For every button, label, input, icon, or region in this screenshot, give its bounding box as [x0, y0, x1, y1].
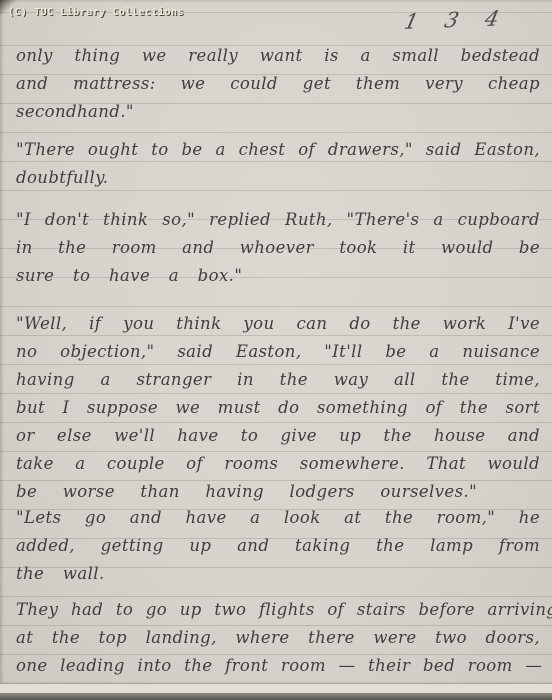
paragraph-2: "There ought to be a chest of drawers," … — [16, 136, 540, 192]
page-number: 1 3 4 — [402, 6, 511, 34]
paragraph-6: They had to go up two flights of stairs … — [16, 596, 540, 680]
manuscript-line: and mattress: we could get them very che… — [16, 70, 540, 98]
manuscript-line: "Lets go and have a look at the room," h… — [16, 504, 540, 532]
manuscript-line: added, getting up and taking the lamp fr… — [16, 532, 540, 560]
manuscript-line: the wall. — [16, 560, 540, 588]
manuscript-line: "There ought to be a chest of drawers," … — [16, 136, 540, 164]
manuscript-line: be worse than having lodgers ourselves." — [16, 478, 477, 506]
manuscript-line: "I don't think so," replied Ruth, "There… — [16, 206, 540, 234]
manuscript-line: They had to go up two flights of stairs … — [16, 596, 540, 624]
paragraph-4: "Well, if you think you can do the work … — [16, 310, 540, 506]
manuscript-line: but I suppose we must do something of th… — [16, 394, 540, 422]
paragraph-1: only thing we really want is a small bed… — [16, 42, 540, 126]
manuscript-line: "Well, if you think you can do the work … — [16, 310, 540, 338]
manuscript-line: at the top landing, where there were two… — [16, 624, 540, 652]
manuscript-line: sure to have a box." — [16, 262, 540, 290]
manuscript-line: take a couple of rooms somewhere. That w… — [16, 450, 540, 478]
paragraph-5: "Lets go and have a look at the room," h… — [16, 504, 540, 588]
manuscript-line: or else we'll have to give up the house … — [16, 422, 540, 450]
paragraph-3: "I don't think so," replied Ruth, "There… — [16, 206, 540, 290]
manuscript-line: no objection," said Easton, "It'll be a … — [16, 338, 540, 366]
page-bottom-edge-dark — [0, 693, 552, 700]
manuscript-line: one leading into the front room — their … — [16, 652, 540, 680]
manuscript-line: having a stranger in the way all the tim… — [16, 366, 540, 394]
manuscript-line: doubtfully. — [16, 164, 540, 192]
page-left-edge — [0, 0, 4, 700]
manuscript-page: (C) TUC Library Collections 1 3 4 only t… — [0, 0, 552, 700]
manuscript-line: only thing we really want is a small bed… — [16, 42, 540, 70]
page-top-edge — [0, 0, 552, 3]
page-bottom-edge-light — [0, 684, 552, 693]
manuscript-line: secondhand." — [16, 98, 540, 126]
copyright-watermark: (C) TUC Library Collections — [8, 7, 184, 18]
manuscript-line: in the room and whoever took it would be — [16, 234, 540, 262]
